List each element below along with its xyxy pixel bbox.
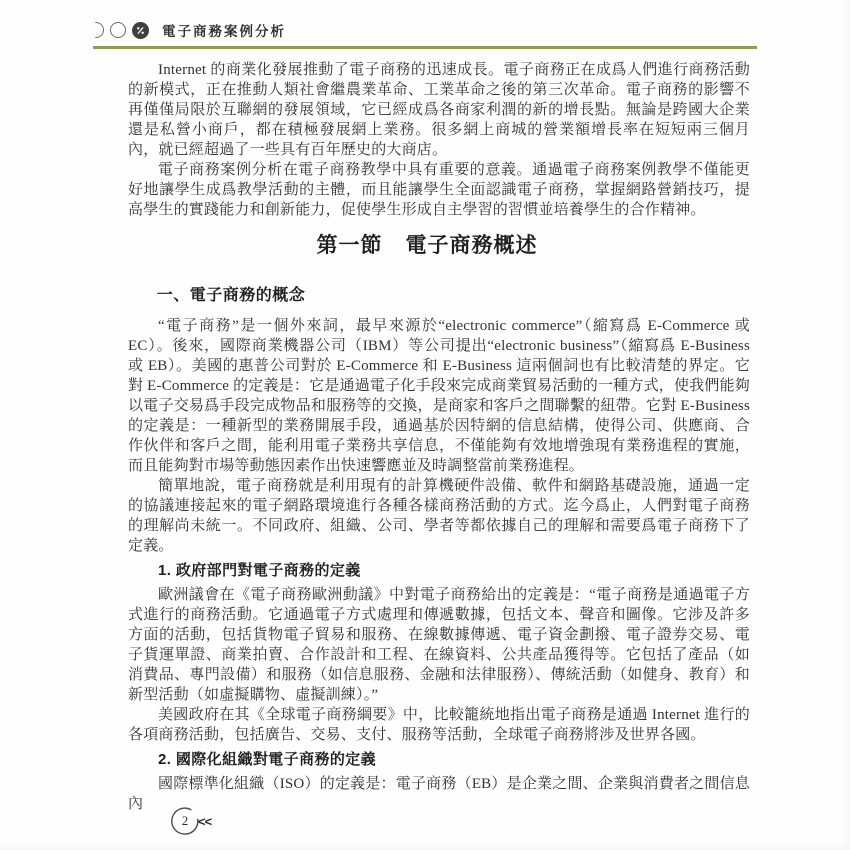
definition-paragraph-europe: 歐洲議會在《電子商務歐洲動議》中對電子商務給出的定義是：“電子商務是通過電子方式… xyxy=(128,585,750,705)
page-number-circle: 2 xyxy=(170,806,200,836)
concept-paragraph-1: “電子商務”是一個外來詞，最早來源於“electronic commerce”（… xyxy=(128,316,750,476)
numbered-heading-government: 1. 政府部門對電子商務的定義 xyxy=(128,561,750,581)
iso-definition-paragraph: 國際標準化組織（ISO）的定義是：電子商務（EB）是企業之間、企業與消費者之間信… xyxy=(128,774,750,814)
section-heading: 第一節電子商務概述 xyxy=(128,236,726,256)
page-header: 電子商務案例分析 xyxy=(95,20,286,40)
running-head-title: 電子商務案例分析 xyxy=(162,20,286,40)
definition-paragraph-usa: 美國政府在其《全球電子商務綱要》中，比較籠統地指出電子商務是通過 Interne… xyxy=(128,705,750,745)
section-title: 電子商務概述 xyxy=(406,234,538,257)
intro-paragraph-2: 電子商務案例分析在電子商務教學中具有重要的意義。通過電子商務案例教學不僅能更好地… xyxy=(128,160,750,220)
page-footer: 2 << xyxy=(170,806,211,836)
half-circle-icon xyxy=(88,22,104,38)
open-circle-icon xyxy=(110,22,126,38)
section-number: 第一節 xyxy=(316,234,382,257)
subsection-heading: 一、電子商務的概念 xyxy=(128,286,750,306)
intro-paragraph-1: Internet 的商業化發展推動了電子商務的迅速成長。電子商務正在成爲人們進行… xyxy=(128,60,750,160)
header-rule xyxy=(93,46,757,49)
disc-percent-icon xyxy=(132,22,149,39)
page-number: 2 xyxy=(170,806,200,836)
page-content: Internet 的商業化發展推動了電子商務的迅速成長。電子商務正在成爲人們進行… xyxy=(128,60,750,814)
numbered-heading-international: 2. 國際化組織對電子商務的定義 xyxy=(128,750,750,770)
book-page: 電子商務案例分析 Internet 的商業化發展推動了電子商務的迅速成長。電子商… xyxy=(0,0,850,850)
concept-paragraph-2: 簡單地說，電子商務就是利用現有的計算機硬件設備、軟件和網路基礎設施，通過一定的協… xyxy=(128,476,750,556)
